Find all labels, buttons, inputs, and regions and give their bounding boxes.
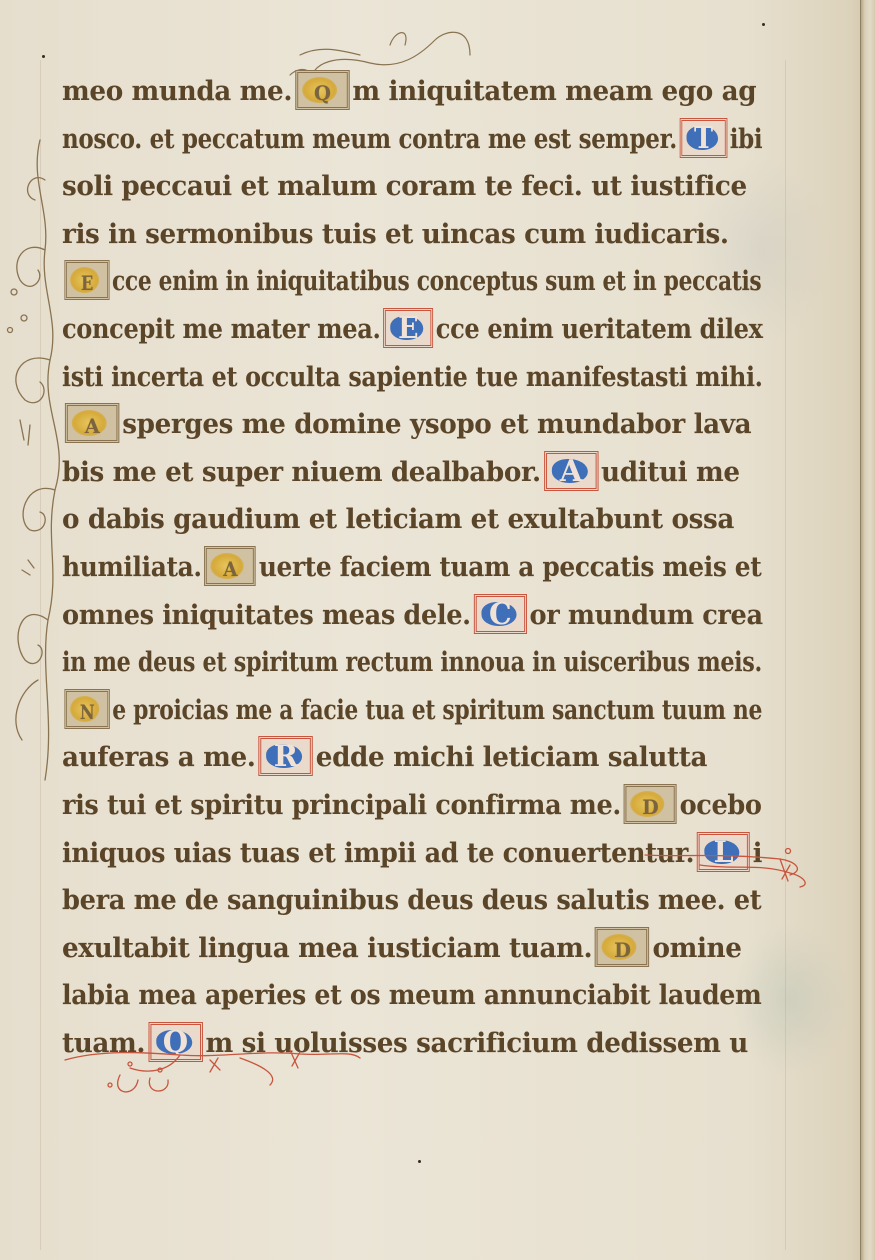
text-span: isti incerta et occulta sapientie tue ma…	[62, 362, 763, 393]
initial-letter: E	[398, 311, 418, 346]
text-line-12: omnes iniquitates meas dele.Cor mundum c…	[62, 592, 745, 640]
text-span: m iniquitatem meam ego ag	[352, 76, 756, 107]
text-span: e proicias me a facie tua et spiritum sa…	[112, 695, 762, 726]
gold-initial-D: D	[595, 927, 649, 967]
text-line-4: ris in sermonibus tuis et uincas cum iud…	[62, 211, 762, 259]
blue-initial-R: R	[258, 736, 312, 776]
text-span: ris tui et spiritu principali confirma m…	[62, 790, 621, 821]
initial-letter: T	[694, 121, 713, 156]
text-span: ris in sermonibus tuis et uincas cum iud…	[62, 219, 729, 250]
initial-letter: A	[560, 454, 582, 489]
text-span: ocebo	[680, 790, 762, 821]
text-line-21: tuam.Qm si uoluisses sacrificium dedisse…	[62, 1020, 762, 1068]
text-span: nosco. et peccatum meum contra me est se…	[62, 124, 677, 155]
text-line-19: exultabit lingua mea iusticiam tuam.Domi…	[62, 925, 762, 973]
ink-speck	[418, 1160, 421, 1163]
text-line-13: in me deus et spiritum rectum innoua in …	[62, 639, 656, 687]
text-line-6: concepit me mater mea.Ecce enim ueritate…	[62, 306, 704, 354]
text-span: i	[753, 838, 762, 869]
blue-initial-A: A	[544, 451, 598, 491]
text-span: ibi	[730, 124, 763, 155]
text-span: omine	[652, 933, 741, 964]
initial-letter: Q	[163, 1025, 188, 1060]
initial-letter: R	[274, 739, 298, 774]
text-line-8: Asperges me domine ysopo et mundabor lav…	[62, 401, 762, 449]
text-line-2: nosco. et peccatum meum contra me est se…	[62, 116, 675, 164]
text-span: sperges me domine ysopo et mundabor lava	[122, 409, 751, 440]
text-span: edde michi leticiam salutta	[316, 742, 707, 773]
text-line-3: soli peccaui et malum coram te feci. ut …	[62, 163, 762, 211]
text-span: exultabit lingua mea iusticiam tuam.	[62, 933, 592, 964]
text-span: cce enim in iniquitatibus conceptus sum …	[112, 266, 761, 297]
text-line-11: humiliata.Auerte faciem tuam a peccatis …	[62, 544, 726, 592]
text-span: in me deus et spiritum rectum innoua in …	[62, 647, 762, 678]
blue-initial-C: C	[474, 594, 527, 634]
gold-initial-E: E	[64, 260, 109, 300]
gold-initial-Q: Q	[295, 70, 349, 110]
text-line-20: labia mea aperies et os meum annunciabit…	[62, 972, 737, 1020]
initial-letter: E	[81, 271, 93, 295]
text-span: concepit me mater mea.	[62, 314, 380, 345]
initial-letter: D	[642, 795, 658, 819]
text-line-18: bera me de sanguinibus deus deus salutis…	[62, 877, 747, 925]
text-span: or mundum crea	[530, 600, 763, 631]
text-span: cce enim ueritatem dilex	[436, 314, 763, 345]
text-span: labia mea aperies et os meum annunciabit…	[62, 980, 761, 1011]
text-line-5: Ecce enim in iniquitatibus conceptus sum…	[62, 258, 642, 306]
manuscript-page: meo munda me.Qm iniquitatem meam ego ag …	[0, 0, 875, 1260]
text-span: auferas a me.	[62, 742, 256, 773]
text-line-14: Ne proicias me a facie tua et spiritum s…	[62, 687, 645, 735]
gold-initial-A: A	[204, 546, 256, 586]
initial-letter: N	[80, 700, 94, 724]
text-span: tuam.	[62, 1028, 145, 1059]
text-span: iniquos uias tuas et impii ad te conuert…	[62, 838, 694, 869]
text-span: bera me de sanguinibus deus deus salutis…	[62, 885, 761, 916]
initial-letter: A	[85, 414, 100, 438]
text-span: m si uoluisses sacrificium dedissem u	[205, 1028, 748, 1059]
text-line-15: auferas a me.Redde michi leticiam salutt…	[62, 734, 762, 782]
text-span: soli peccaui et malum coram te feci. ut …	[62, 171, 747, 202]
blue-initial-T: T	[679, 118, 727, 158]
initial-letter: A	[223, 557, 237, 581]
blue-initial-L: L	[697, 832, 750, 872]
text-span: bis me et super niuem dealbabor.	[62, 457, 541, 488]
text-line-7: isti incerta et occulta sapientie tue ma…	[62, 354, 698, 402]
text-span: meo munda me.	[62, 76, 292, 107]
initial-letter: C	[489, 597, 511, 632]
text-line-17: iniquos uias tuas et impii ad te conuert…	[62, 830, 743, 878]
text-span: humiliata.	[62, 552, 202, 583]
page-edge	[860, 0, 875, 1260]
margin-ruling-right	[785, 60, 786, 1250]
text-line-16: ris tui et spiritu principali confirma m…	[62, 782, 744, 830]
gold-initial-D: D	[624, 784, 677, 824]
text-line-1: meo munda me.Qm iniquitatem meam ego ag	[62, 68, 762, 116]
text-line-9: bis me et super niuem dealbabor.Auditui …	[62, 449, 762, 497]
ink-speck	[42, 55, 45, 58]
text-block: meo munda me.Qm iniquitatem meam ego ag …	[62, 68, 782, 1067]
text-span: omnes iniquitates meas dele.	[62, 600, 471, 631]
text-span: uditui me	[601, 457, 740, 488]
text-line-10: o dabis gaudium et leticiam et exultabun…	[62, 496, 762, 544]
initial-letter: Q	[314, 81, 331, 105]
blue-initial-Q: Q	[148, 1022, 202, 1062]
text-span: o dabis gaudium et leticiam et exultabun…	[62, 504, 734, 535]
initial-letter: L	[714, 835, 734, 870]
blue-initial-E: E	[383, 308, 433, 348]
text-span: uerte faciem tuam a peccatis meis et	[259, 552, 762, 583]
ink-speck	[762, 23, 765, 26]
initial-letter: D	[614, 938, 630, 962]
gold-initial-N: N	[64, 689, 109, 729]
gold-initial-A: A	[65, 403, 119, 443]
